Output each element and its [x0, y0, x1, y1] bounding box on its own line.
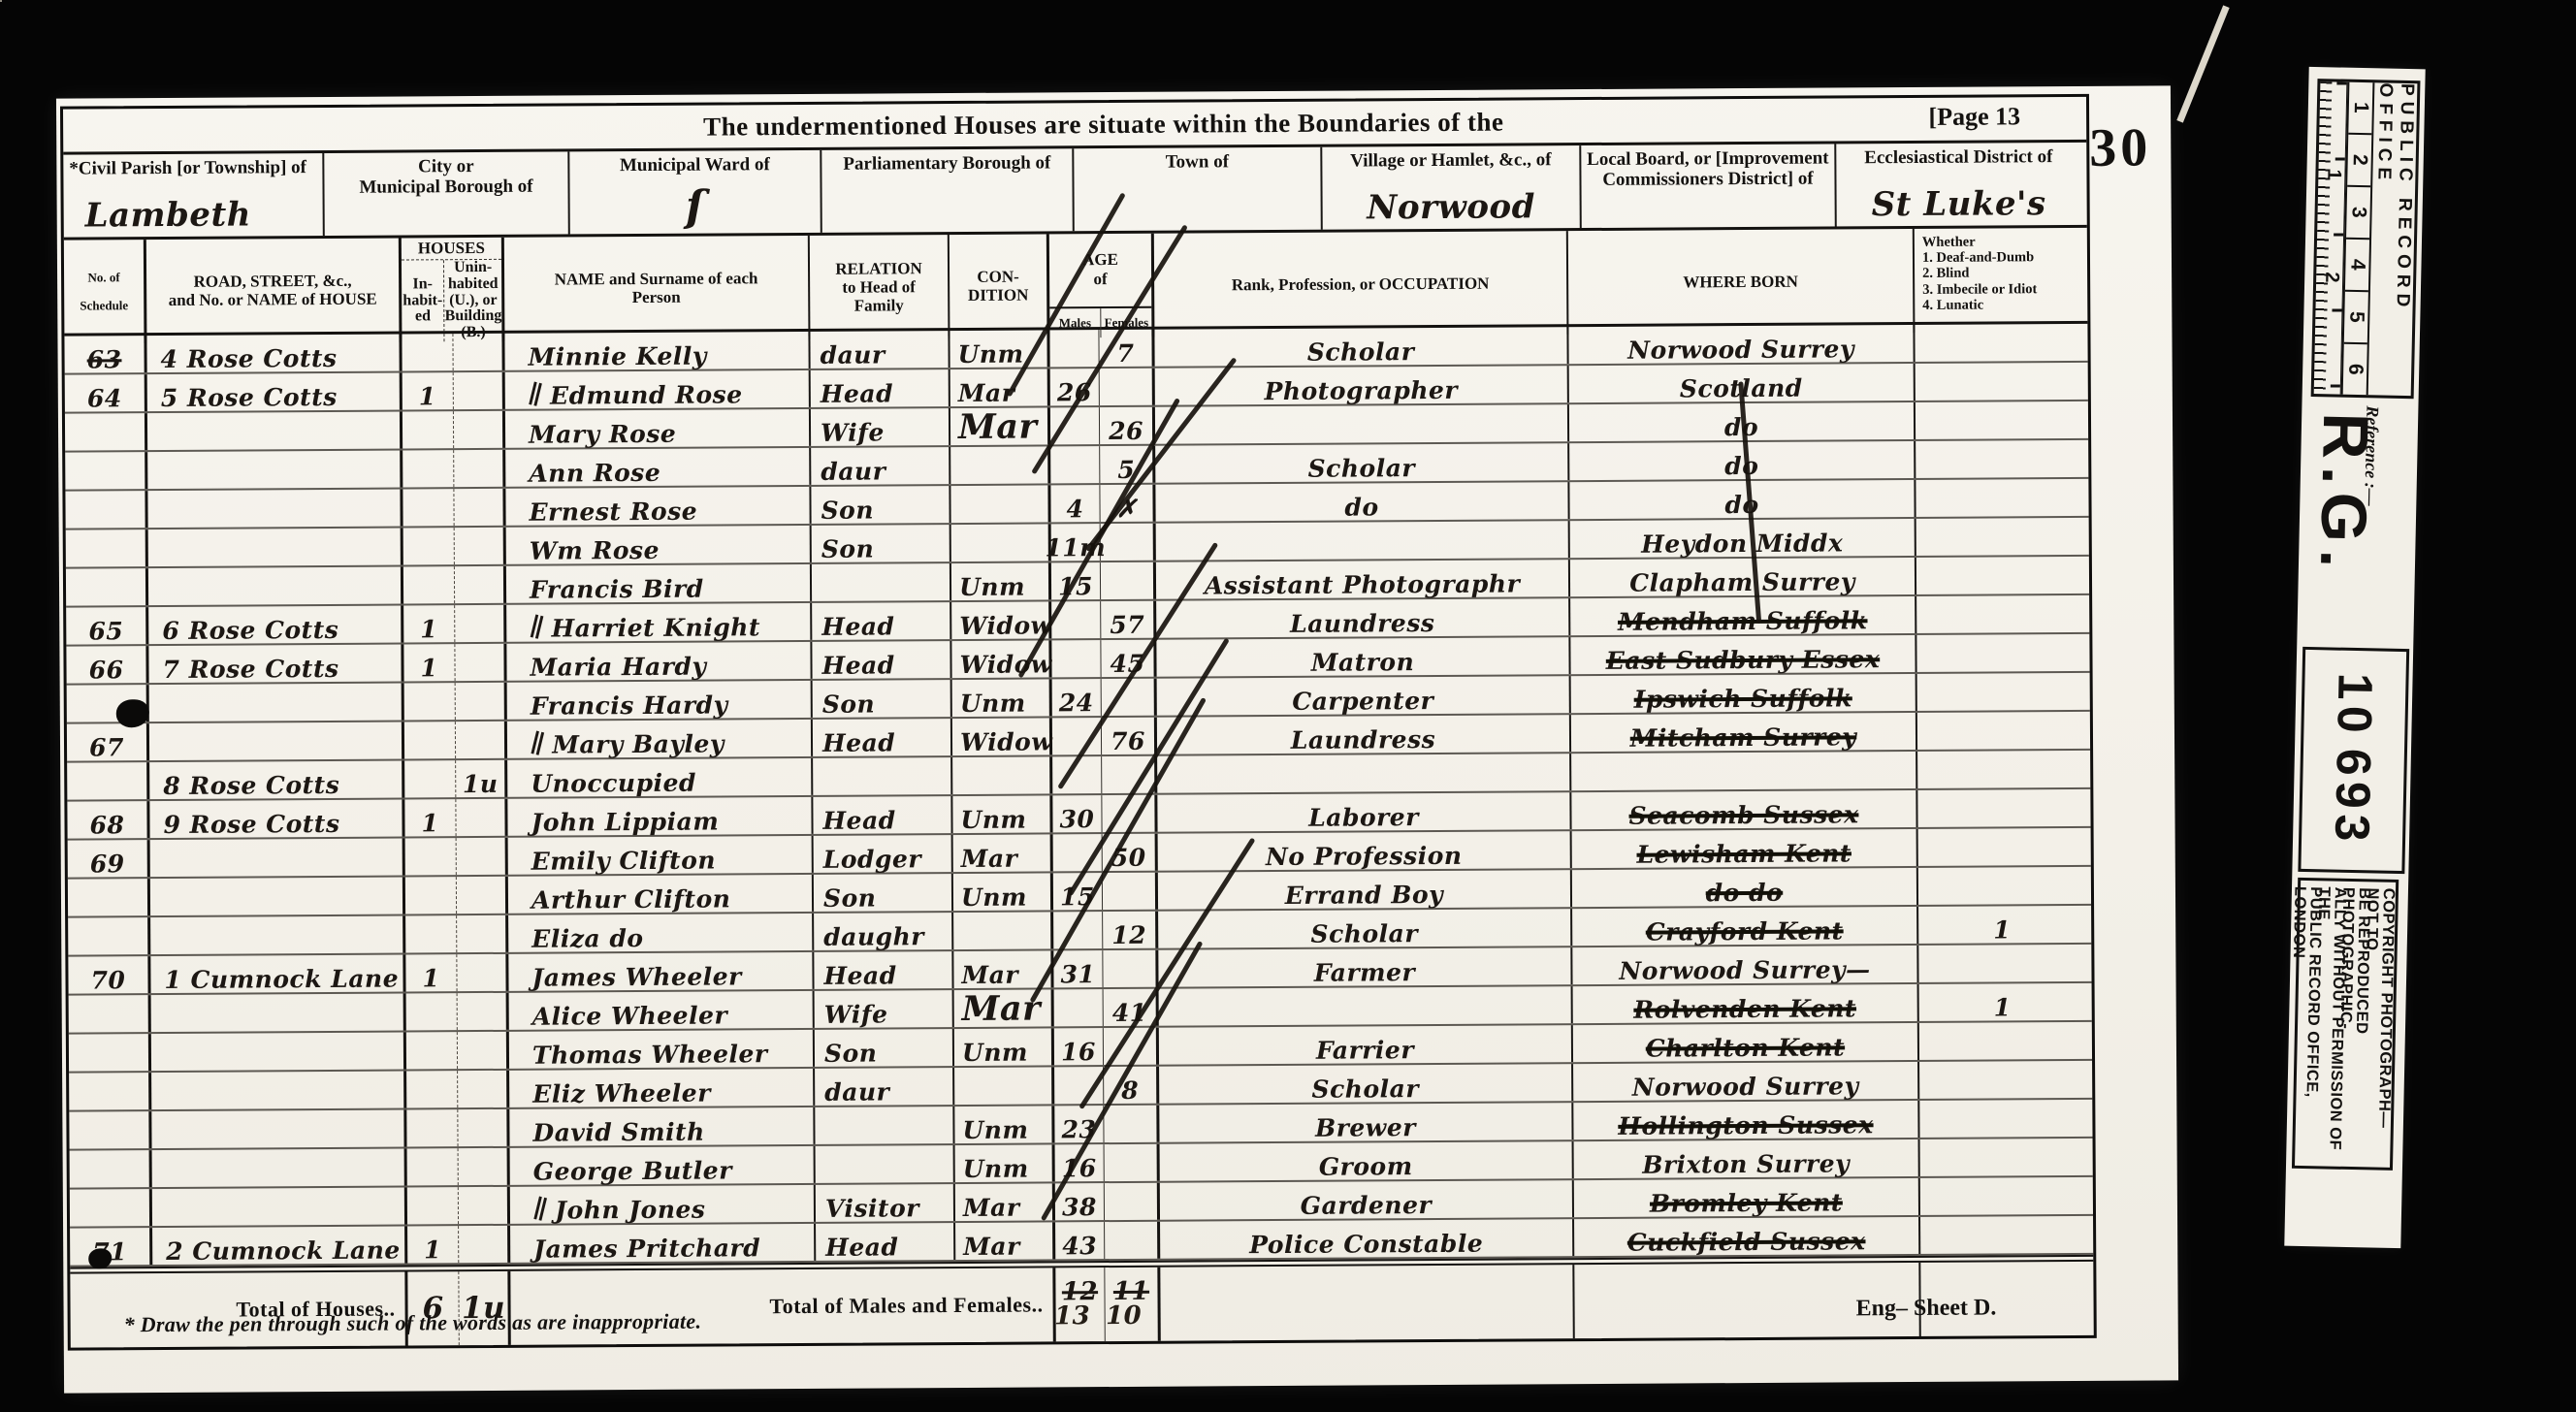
cell-uninhabited: [458, 1032, 509, 1069]
col-header-uninhabited: Unin- habited (U.), or Building (B.): [444, 260, 501, 341]
cell-condition: Mar: [950, 369, 1050, 406]
header-field-label: Ecclesiastical District of: [1836, 147, 2080, 169]
cell-whether: [1920, 1177, 2087, 1215]
cell-inhabited: 1: [403, 644, 455, 681]
cell-relation: Visitor: [816, 1184, 955, 1222]
cell-relation: Son: [815, 1029, 954, 1067]
cell-uninhabited: [456, 799, 507, 836]
cell-road: 1 Cumnock Lane: [150, 954, 405, 993]
cell-inhabited: 1: [404, 799, 456, 836]
header-fields-row: *Civil Parish [or Township] ofLambethCit…: [63, 143, 2086, 241]
cell-relation: daur: [815, 1068, 954, 1106]
cell-road: [147, 450, 402, 489]
cell-road: [147, 411, 402, 450]
cell-age_m: 31: [1053, 950, 1103, 987]
cell-schedule: 70: [68, 956, 150, 994]
cell-age_m: 16: [1054, 1028, 1104, 1065]
cell-whether: [1918, 867, 2085, 905]
reference-number-box: 10 693: [2298, 647, 2409, 874]
cell-age_f: 26: [1100, 407, 1155, 444]
header-field-label: Village or Hamlet, &c., of: [1322, 150, 1579, 173]
cell-born: do: [1569, 480, 1916, 519]
cell-name: Unoccupied: [507, 758, 813, 797]
cell-age_f: [1101, 562, 1156, 599]
col-header-name: NAME and Surname of each Person: [504, 236, 811, 341]
header-field: Municipal Ward ofſ: [569, 150, 822, 235]
cell-name: Ann Rose: [505, 448, 811, 487]
cell-age_m: [1049, 330, 1099, 367]
cell-occupation: do: [1155, 482, 1569, 522]
cell-schedule: 66: [66, 646, 148, 684]
cell-condition: Mar: [953, 834, 1053, 872]
header-field: Village or Hamlet, &c., ofNorwood: [1322, 145, 1582, 230]
header-field-label: *Civil Parish [or Township] of: [63, 158, 322, 180]
cell-inhabited: [402, 411, 454, 448]
cell-road: 4 Rose Cotts: [146, 334, 402, 372]
cell-occupation: Farrier: [1159, 1025, 1573, 1065]
cell-name: David Smith: [509, 1107, 815, 1146]
cell-born: Charlton Kent: [1573, 1023, 1919, 1062]
cell-road: [150, 838, 405, 877]
cell-inhabited: [406, 1109, 458, 1146]
cell-occupation: Scholar: [1158, 909, 1572, 948]
cell-inhabited: [403, 566, 455, 603]
cell-born: [1571, 752, 1917, 790]
cell-age_f: [1105, 1183, 1160, 1220]
col-header-occupation: Rank, Profession, or OCCUPATION: [1154, 231, 1569, 337]
cell-road: 9 Rose Cotts: [149, 799, 404, 838]
cell-uninhabited: [454, 411, 505, 448]
cell-occupation: Farmer: [1158, 947, 1572, 987]
cell-born: Seacomb Sussex: [1571, 790, 1917, 829]
cell-whether: [1916, 479, 2082, 517]
cell-condition: [954, 1067, 1054, 1105]
cell-occupation: Laborer: [1157, 792, 1571, 832]
cell-road: 8 Rose Cotts: [149, 760, 404, 799]
cell-relation: Head: [816, 1223, 955, 1261]
col-header-inhabited: In- habit- ed: [402, 260, 445, 341]
pen-check-mark: ∥: [531, 1196, 550, 1224]
cell-road: [149, 722, 404, 760]
col-header-road: ROAD, STREET, &c., and No. or NAME of HO…: [146, 238, 402, 343]
cell-condition: Unm: [952, 679, 1052, 717]
col-header-born: WHERE BORN: [1568, 229, 1916, 335]
cell-occupation: Gardener: [1160, 1180, 1574, 1220]
cell-relation: Head: [812, 641, 951, 679]
cell-inhabited: 1: [405, 954, 457, 991]
cell-uninhabited: [457, 877, 508, 914]
cell-whether: [1916, 363, 2082, 401]
cell-schedule: [68, 917, 150, 955]
table-body: 634 Rose CottsMinnie KellydaurUnm7Schola…: [64, 324, 2093, 1268]
cell-inhabited: [406, 1032, 458, 1069]
cell-occupation: Scholar: [1154, 327, 1568, 367]
cell-occupation: [1159, 986, 1573, 1026]
cell-age_f: [1103, 950, 1158, 987]
cell-schedule: [69, 1111, 151, 1149]
cell-age_f: [1105, 1222, 1160, 1259]
cell-schedule: [69, 995, 151, 1033]
cell-road: [150, 877, 405, 915]
cell-relation: Lodger: [814, 835, 953, 873]
cell-inhabited: [407, 1187, 459, 1224]
cell-whether: [1916, 518, 2083, 556]
cell-occupation: Scholar: [1155, 443, 1569, 483]
cell-born: Lewisham Kent: [1572, 829, 1918, 868]
cell-occupation: Carpenter: [1157, 676, 1571, 716]
cell-schedule: 63: [64, 336, 146, 373]
cell-born: Heydon Middx: [1570, 519, 1916, 558]
pro-reference-stamp: 12 123456 PUBLIC RECORD OFFICE Reference…: [2284, 67, 2425, 1248]
cell-occupation: Assistant Photographr: [1156, 560, 1570, 599]
cell-name: Arthur Clifton: [508, 875, 814, 914]
cell-inhabited: [404, 683, 456, 720]
cell-relation: [815, 1107, 954, 1144]
cell-relation: Head: [812, 602, 951, 640]
cell-born: Hollington Sussex: [1573, 1101, 1919, 1139]
cell-whether: [1917, 673, 2084, 711]
reference-code: R.G.: [2306, 412, 2383, 576]
cell-condition: Mar: [955, 1183, 1055, 1221]
cell-born: Mitcham Surrey: [1571, 713, 1917, 752]
cell-name: James Wheeler: [508, 952, 814, 991]
cell-condition: Widow: [951, 601, 1051, 639]
cell-condition: [950, 485, 1050, 523]
cell-road: [151, 1109, 406, 1148]
cell-age_m: 24: [1052, 679, 1102, 716]
cell-condition: Unm: [954, 1028, 1054, 1066]
cell-uninhabited: [459, 1148, 510, 1185]
copyright-notice: COPYRIGHT PHOTOGRAPH—NOT TOBE REPRODUCED…: [2292, 878, 2399, 1171]
cell-road: [148, 566, 403, 605]
ruler-cm-number: 4: [2345, 240, 2369, 292]
cell-name: Eliz Wheeler: [509, 1069, 815, 1107]
cell-age_f: [1105, 1144, 1160, 1181]
cell-uninhabited: [455, 644, 506, 681]
cell-uninhabited: [453, 334, 504, 370]
cell-inhabited: [406, 993, 458, 1030]
cell-name: Emily Clifton: [508, 836, 814, 875]
pen-check-mark: ∥: [526, 381, 545, 409]
cell-uninhabited: [458, 993, 509, 1030]
pro-office-label: PUBLIC RECORD OFFICE: [2368, 82, 2418, 396]
cell-age_f: [1100, 369, 1155, 405]
cell-schedule: [70, 1189, 152, 1227]
cell-whether: [1918, 828, 2085, 866]
cell-road: [147, 489, 402, 528]
cell-occupation: [1156, 521, 1570, 561]
cell-born: Mendham Suffolk: [1570, 596, 1916, 635]
cell-uninhabited: [458, 1109, 509, 1146]
cell-relation: [813, 757, 952, 795]
cell-age_m: [1051, 640, 1101, 677]
cell-relation: daur: [810, 331, 950, 369]
cell-road: [151, 993, 406, 1032]
cell-relation: Son: [812, 525, 951, 562]
cell-inhabited: [403, 528, 455, 564]
cell-age_m: [1050, 446, 1100, 483]
ruler-cm-number: 5: [2344, 292, 2368, 344]
cell-relation: Wife: [811, 408, 950, 446]
cell-uninhabited: [454, 450, 505, 487]
cell-uninhabited: 1u: [456, 760, 507, 797]
cell-born: Brixton Surrey: [1574, 1139, 1920, 1178]
cell-schedule: [68, 879, 150, 916]
cell-relation: Head: [811, 369, 950, 407]
cell-age_f: 57: [1101, 601, 1156, 638]
cell-schedule: [67, 762, 149, 800]
sheet-designation: Eng– Sheet D.: [1856, 1295, 1997, 1322]
cell-schedule: [65, 413, 147, 451]
cell-schedule: [65, 452, 147, 490]
cell-whether: [1916, 595, 2083, 633]
cell-road: [151, 1071, 406, 1109]
cell-whether: [1920, 1139, 2087, 1176]
cell-age_f: [1101, 524, 1156, 561]
form-title: The undermentioned Houses are situate wi…: [703, 108, 1503, 143]
cell-whether: [1916, 557, 2083, 594]
cell-uninhabited: [455, 566, 506, 603]
cell-road: [150, 915, 405, 954]
cell-name: Thomas Wheeler: [509, 1030, 815, 1069]
header-field-value: St Luke's: [1837, 184, 2081, 225]
cell-born: Clapham Surrey: [1570, 558, 1916, 596]
header-field: Ecclesiastical District ofSt Luke's: [1836, 143, 2081, 227]
cell-whether: [1919, 1100, 2086, 1138]
cell-name: Francis Bird: [506, 564, 812, 603]
cell-condition: Unm: [951, 562, 1051, 600]
cell-occupation: Brewer: [1159, 1103, 1573, 1142]
header-field: *Civil Parish [or Township] ofLambeth: [63, 153, 325, 238]
cell-condition: Unm: [952, 795, 1052, 833]
cell-born: Ipswich Suffolk: [1571, 674, 1917, 713]
cell-inhabited: [405, 838, 457, 875]
cell-name: ∥Edmund Rose: [505, 370, 811, 409]
cell-relation: Son: [813, 680, 952, 718]
header-field-value: [822, 229, 1073, 231]
cell-inhabited: [406, 1071, 458, 1107]
cell-whether: [1919, 1022, 2086, 1060]
cell-condition: Unm: [954, 1106, 1054, 1143]
cell-uninhabited: [456, 722, 507, 758]
census-sheet: The undermentioned Houses are situate wi…: [56, 85, 2178, 1393]
cell-road: [152, 1148, 407, 1187]
cell-schedule: 65: [66, 607, 148, 645]
header-field-label: Municipal Ward of: [569, 155, 820, 176]
cell-schedule: 68: [67, 801, 149, 839]
cell-born: Rolvenden Kent: [1573, 984, 1919, 1023]
cell-whether: [1917, 789, 2084, 827]
cell-road: 5 Rose Cotts: [147, 372, 402, 411]
cell-schedule: 69: [68, 840, 150, 878]
cell-name: Alice Wheeler: [509, 991, 815, 1030]
header-field-value: [1075, 228, 1321, 230]
cell-schedule: [69, 1073, 151, 1110]
cell-road: [148, 528, 403, 566]
folio-number: 30: [2089, 116, 2151, 178]
cell-condition: Unm: [955, 1144, 1055, 1182]
cell-name: Eliza do: [508, 914, 814, 952]
cell-born: Norwood Surrey: [1568, 325, 1915, 364]
cell-whether: 1: [1919, 983, 2086, 1021]
cell-uninhabited: [457, 954, 508, 991]
cell-schedule: 64: [65, 374, 147, 412]
cell-uninhabited: [455, 528, 506, 564]
cell-relation: daur: [811, 447, 950, 485]
cell-inhabited: [405, 877, 457, 914]
cell-road: [151, 1032, 406, 1071]
page-number-label: [Page 13: [1928, 102, 2020, 132]
col-header-schedule: No. of Schedule: [64, 240, 147, 344]
ruler-inch-number: 1: [2322, 169, 2344, 180]
cell-condition: [951, 524, 1051, 562]
cell-condition: Widow: [952, 718, 1052, 755]
page-corner: [2176, 5, 2229, 122]
cell-inhabited: 1: [407, 1226, 459, 1263]
cell-condition: Mar: [954, 989, 1054, 1027]
cell-age_f: [1104, 1106, 1159, 1142]
cell-uninhabited: [459, 1187, 510, 1224]
cell-whether: 1: [1918, 906, 2085, 944]
cell-inhabited: [404, 760, 456, 797]
cell-relation: Head: [814, 951, 953, 989]
header-field-value: ſ: [569, 181, 820, 233]
cell-schedule: [70, 1150, 152, 1188]
cell-road: 6 Rose Cotts: [148, 605, 403, 644]
cell-condition: Mar: [955, 1222, 1055, 1260]
cell-whether: [1916, 634, 2083, 672]
col-header-age: AGE of Males Females: [1049, 234, 1155, 338]
cell-name: James Pritchard: [510, 1224, 816, 1263]
header-field-label: City or Municipal Borough of: [324, 156, 567, 198]
cell-schedule: 67: [67, 723, 149, 761]
cell-name: ∥Harriet Knight: [506, 603, 812, 642]
ruler-inch-number: 2: [2320, 273, 2342, 284]
total-females: 11 10: [1113, 1280, 1149, 1329]
cell-name: Francis Hardy: [507, 681, 813, 720]
cell-born: Bromley Kent: [1574, 1178, 1920, 1217]
header-field: Local Board, or [Improvement Commissione…: [1581, 144, 1837, 228]
header-field-value: Norwood: [1323, 187, 1580, 228]
cell-born: Norwood Surrey—: [1572, 946, 1918, 984]
col-header-relation: RELATION to Head of Family: [810, 235, 950, 339]
cell-inhabited: [402, 489, 454, 526]
cell-schedule: [66, 568, 148, 606]
cell-condition: [952, 756, 1052, 794]
cell-occupation: Laundress: [1156, 598, 1570, 638]
cell-occupation: Laundress: [1157, 715, 1571, 754]
header-field-value: [1582, 224, 1835, 226]
cell-schedule: [66, 529, 148, 567]
col-header-whether: Whether 1. Deaf-and-Dumb 2. Blind 3. Imb…: [1915, 228, 2082, 333]
cell-uninhabited: [459, 1226, 510, 1263]
cell-born: do do: [1572, 868, 1918, 907]
cell-whether: [1916, 440, 2082, 478]
ruler-cm-number: 2: [2347, 135, 2371, 187]
cell-uninhabited: [456, 683, 507, 720]
cell-name: ∥Mary Bayley: [507, 720, 813, 758]
cell-age_m: 43: [1055, 1222, 1105, 1259]
pen-check-mark: ∥: [528, 730, 547, 758]
cell-relation: [816, 1145, 955, 1183]
cell-name: Ernest Rose: [505, 487, 811, 526]
cell-uninhabited: [457, 915, 508, 952]
cell-whether: [1917, 751, 2084, 788]
cell-occupation: [1157, 754, 1571, 793]
col-header-condition: CON- DITION: [950, 234, 1050, 338]
cell-inhabited: 1: [402, 372, 454, 409]
cell-occupation: Police Constable: [1160, 1219, 1574, 1259]
cell-relation: [812, 563, 951, 601]
cell-inhabited: [407, 1148, 459, 1185]
cell-name: George Butler: [510, 1146, 816, 1185]
cell-road: 2 Cumnock Lane: [152, 1226, 407, 1265]
cell-uninhabited: [454, 489, 505, 526]
cell-whether: [1920, 1216, 2087, 1254]
cell-road: [149, 683, 404, 722]
cell-inhabited: 1: [403, 605, 455, 642]
cell-whether: [1918, 945, 2085, 982]
cell-occupation: No Profession: [1158, 831, 1572, 871]
ruler-cm-number: 3: [2346, 187, 2370, 240]
cell-inhabited: [402, 334, 453, 370]
cell-occupation: [1155, 404, 1569, 444]
cell-age_f: 12: [1103, 912, 1158, 948]
cell-name: Minnie Kelly: [504, 332, 810, 370]
cell-age_m: 30: [1052, 795, 1102, 832]
reference-class: 10: [2326, 673, 2383, 740]
cell-relation: Wife: [815, 990, 954, 1028]
cell-condition: Unm: [953, 873, 1053, 911]
header-field-value: Lambeth: [64, 195, 323, 236]
cell-born: Crayford Kent: [1572, 907, 1918, 946]
cell-road: [152, 1187, 407, 1226]
cell-born: East Sudbury Essex: [1570, 635, 1916, 674]
census-scan-page: { "page": { "title": "The undermentioned…: [0, 0, 2576, 1412]
cell-name: Maria Hardy: [506, 642, 812, 681]
cell-schedule: [65, 491, 147, 529]
cell-whether: [1919, 1061, 2086, 1099]
cell-whether: [1917, 712, 2084, 750]
cell-relation: Son: [811, 486, 950, 524]
pen-check-mark: ∥: [527, 614, 546, 642]
cell-relation: Head: [813, 719, 952, 756]
cell-name: Mary Rose: [505, 409, 811, 448]
cell-inhabited: [405, 915, 457, 952]
cell-name: Wm Rose: [506, 526, 812, 564]
total-males: 12 13: [1062, 1280, 1098, 1329]
header-field-value: [325, 232, 568, 234]
cell-inhabited: [404, 722, 456, 758]
ruler-cm-number: 1: [2348, 82, 2372, 135]
cell-uninhabited: [457, 838, 508, 875]
cell-relation: Head: [813, 796, 952, 834]
cell-born: Norwood Surrey: [1573, 1062, 1919, 1101]
copyright-line: COPYRIGHT PHOTOGRAPH—NOT TO: [2367, 887, 2397, 1161]
col-header-houses: HOUSES In- habit- ed Unin- habited (U.),…: [402, 238, 505, 342]
pro-ruler: 12 123456 PUBLIC RECORD OFFICE: [2311, 79, 2421, 399]
cell-relation: daughr: [814, 913, 953, 950]
header-field-label: Local Board, or [Improvement Commissione…: [1581, 148, 1834, 190]
header-field-label: Town of: [1074, 152, 1320, 174]
cell-schedule: [69, 1034, 151, 1072]
cell-uninhabited: [455, 605, 506, 642]
reference-piece: 693: [2324, 748, 2382, 848]
cell-age_m: [1050, 407, 1100, 444]
cell-whether: [1916, 401, 2082, 439]
cell-age_f: [1103, 873, 1158, 910]
cell-occupation: Scholar: [1159, 1064, 1573, 1104]
